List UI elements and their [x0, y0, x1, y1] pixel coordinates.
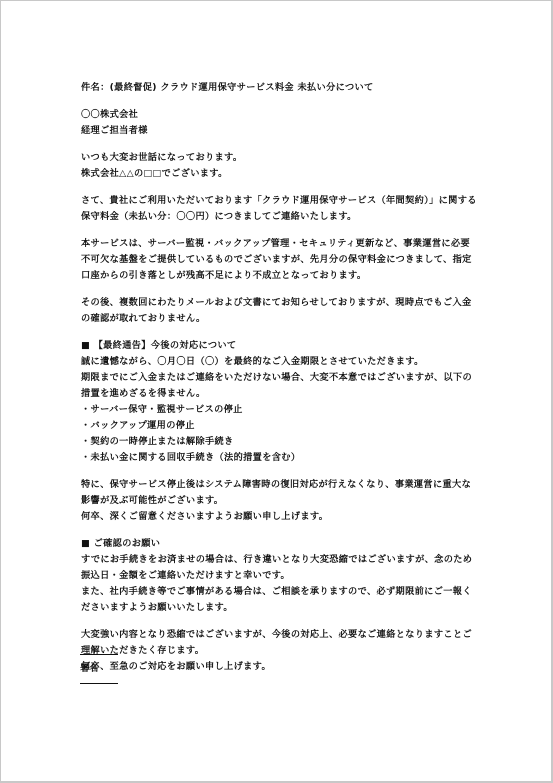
section2-line: また、社内手続き等でご事情がある場合は、ご相談を承りますので、必ず期限前にご一報…	[81, 584, 477, 616]
follow-up-paragraph: その後、複数回にわたりメールおよび文書にてお知らせしておりますが、現時点でもご入…	[81, 295, 477, 327]
section1-line: 誠に遺憾ながら、〇月〇日（〇）を最終的なご入金期限とさせていただきます。	[81, 354, 477, 370]
subject-line: 件名：(最終督促) クラウド運用保守サービス料金 未払い分について	[81, 80, 477, 96]
signature-block: 署名	[80, 654, 118, 684]
service-paragraph: 本サービスは、サーバー監視・バックアップ管理・セキュリティ更新など、事業運営に必…	[81, 236, 477, 284]
bullet-item: ・契約の一時停止または解除手続き	[81, 434, 477, 450]
closing-request: 何卒、至急のご対応をお願い申し上げます。	[81, 659, 477, 675]
section2-line: すでにお手続きをお済ませの場合は、行き違いとなり大変恐縮ではございますが、念のた…	[81, 552, 477, 584]
sender-line: 株式会社△△の□□でございます。	[81, 166, 477, 182]
signature-top-rule	[80, 654, 118, 655]
intro-paragraph: さて、貴社にご利用いただいております「クラウド運用保守サービス（年間契約）」に関…	[81, 193, 477, 225]
document-page: 件名：(最終督促) クラウド運用保守サービス料金 未払い分について 〇〇株式会社…	[0, 0, 553, 783]
bullet-item: ・未払い金に関する回収手続き（法的措置を含む）	[81, 450, 477, 466]
signature-label: 署名	[80, 661, 118, 677]
closing-paragraph: 大変強い内容となり恐縮ではございますが、今後の対応上、必要なご連絡となりますこと…	[81, 627, 477, 659]
greeting-line: いつも大変お世話になっております。	[81, 150, 477, 166]
recipient-department: 経理ご担当者様	[81, 123, 477, 139]
bullet-item: ・バックアップ運用の停止	[81, 418, 477, 434]
section1-line: 期限までにご入金またはご連絡をいただけない場合、大変不本意ではございますが、以下…	[81, 370, 477, 402]
document-body: 件名：(最終督促) クラウド運用保守サービス料金 未払い分について 〇〇株式会社…	[81, 80, 477, 675]
section2-heading: ■ ご確認のお願い	[81, 536, 477, 552]
warning-paragraph: 特に、保守サービス停止後はシステム障害時の復旧対応が行えなくなり、事業運営に重大…	[81, 477, 477, 509]
section1-heading: ■ 【最終通告】今後の対応について	[81, 338, 477, 354]
bullet-item: ・サーバー保守・監視サービスの停止	[81, 402, 477, 418]
recipient-company: 〇〇株式会社	[81, 107, 477, 123]
warning-request: 何卒、深くご留意くださいますようお願い申し上げます。	[81, 509, 477, 525]
signature-bottom-rule	[80, 683, 118, 684]
